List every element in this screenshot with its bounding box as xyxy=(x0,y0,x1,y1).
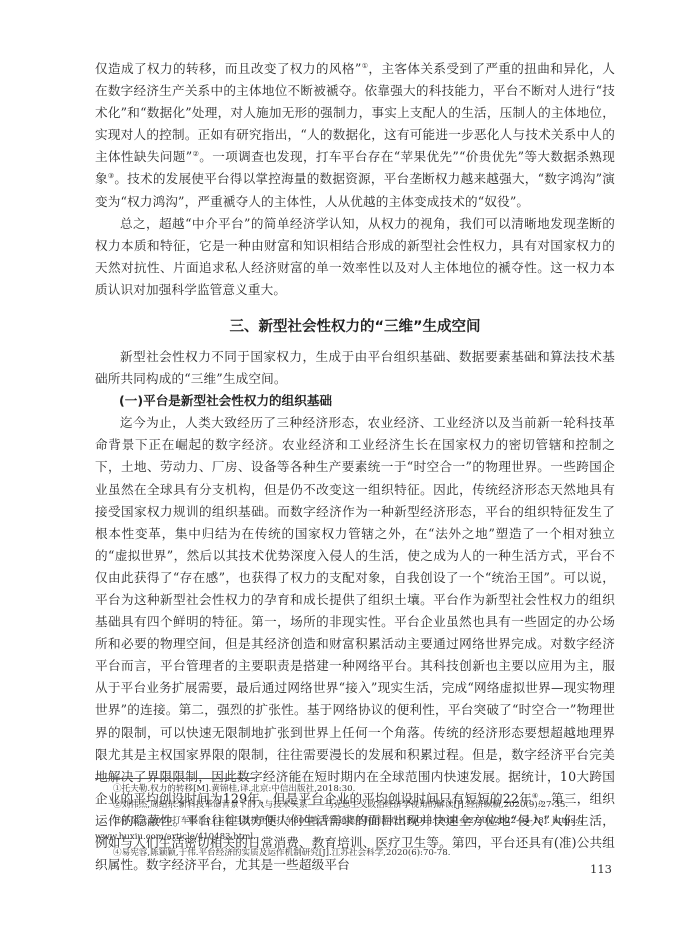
paragraph-3: 新型社会性权力不同于国家权力，生成于由平台组织基础、数据要素基础和算法技术基础所… xyxy=(95,346,615,390)
footnote-3: ③孙金云.2020打车报告(上):复旦教授团队打车800趟,平台延误是时间游戏?… xyxy=(95,813,615,829)
footnote-divider xyxy=(95,778,255,779)
paragraph-2: 总之，超越“中介平台”的简单经济学认知，从权力的视角，我们可以清晰地发现垄断的权… xyxy=(95,213,615,301)
paragraph-1: 仅造成了权力的转移，而且改变了权力的风格”①，主客体关系受到了严重的扭曲和异化，… xyxy=(95,58,615,213)
footnote-4: ④易宪容,陈颖颖,于伟.平台经济的实质及运作机制研究[J].江苏社会科学,202… xyxy=(95,845,615,861)
page-body: 仅造成了权力的转移，而且改变了权力的风格”①，主客体关系受到了严重的扭曲和异化，… xyxy=(95,58,615,876)
text: 迄今为止，人类大致经历了三种经济形态，农业经济、工业经济以及当前新一轮科技革命背… xyxy=(95,415,615,806)
text: 。技术的发展使平台得以掌控海量的数据资源，平台垄断权力越来越强大，“数字鸿沟”演… xyxy=(95,171,615,208)
text: 仅造成了权力的转移，而且改变了权力的风格” xyxy=(95,61,361,76)
section-title: 三、新型社会性权力的“三维”生成空间 xyxy=(95,314,615,340)
footnote-3-url[interactable]: www.huxiu.com/article/410483.html. xyxy=(95,829,615,845)
footnote-1: ①托夫勒.权力的转移[M].黄锦桂,译.北京:中信出版社,2018:30. xyxy=(95,781,615,797)
footnotes: ①托夫勒.权力的转移[M].黄锦桂,译.北京:中信出版社,2018:30. ②刘… xyxy=(95,781,615,861)
footnote-2: ②刘伟杰,周绍东.新科技革命背景下的人与技术关系——马克思主义政治经济学视角的解… xyxy=(95,797,615,813)
page-number: 113 xyxy=(590,862,612,876)
subsection-title: (一)平台是新型社会性权力的组织基础 xyxy=(95,390,615,412)
